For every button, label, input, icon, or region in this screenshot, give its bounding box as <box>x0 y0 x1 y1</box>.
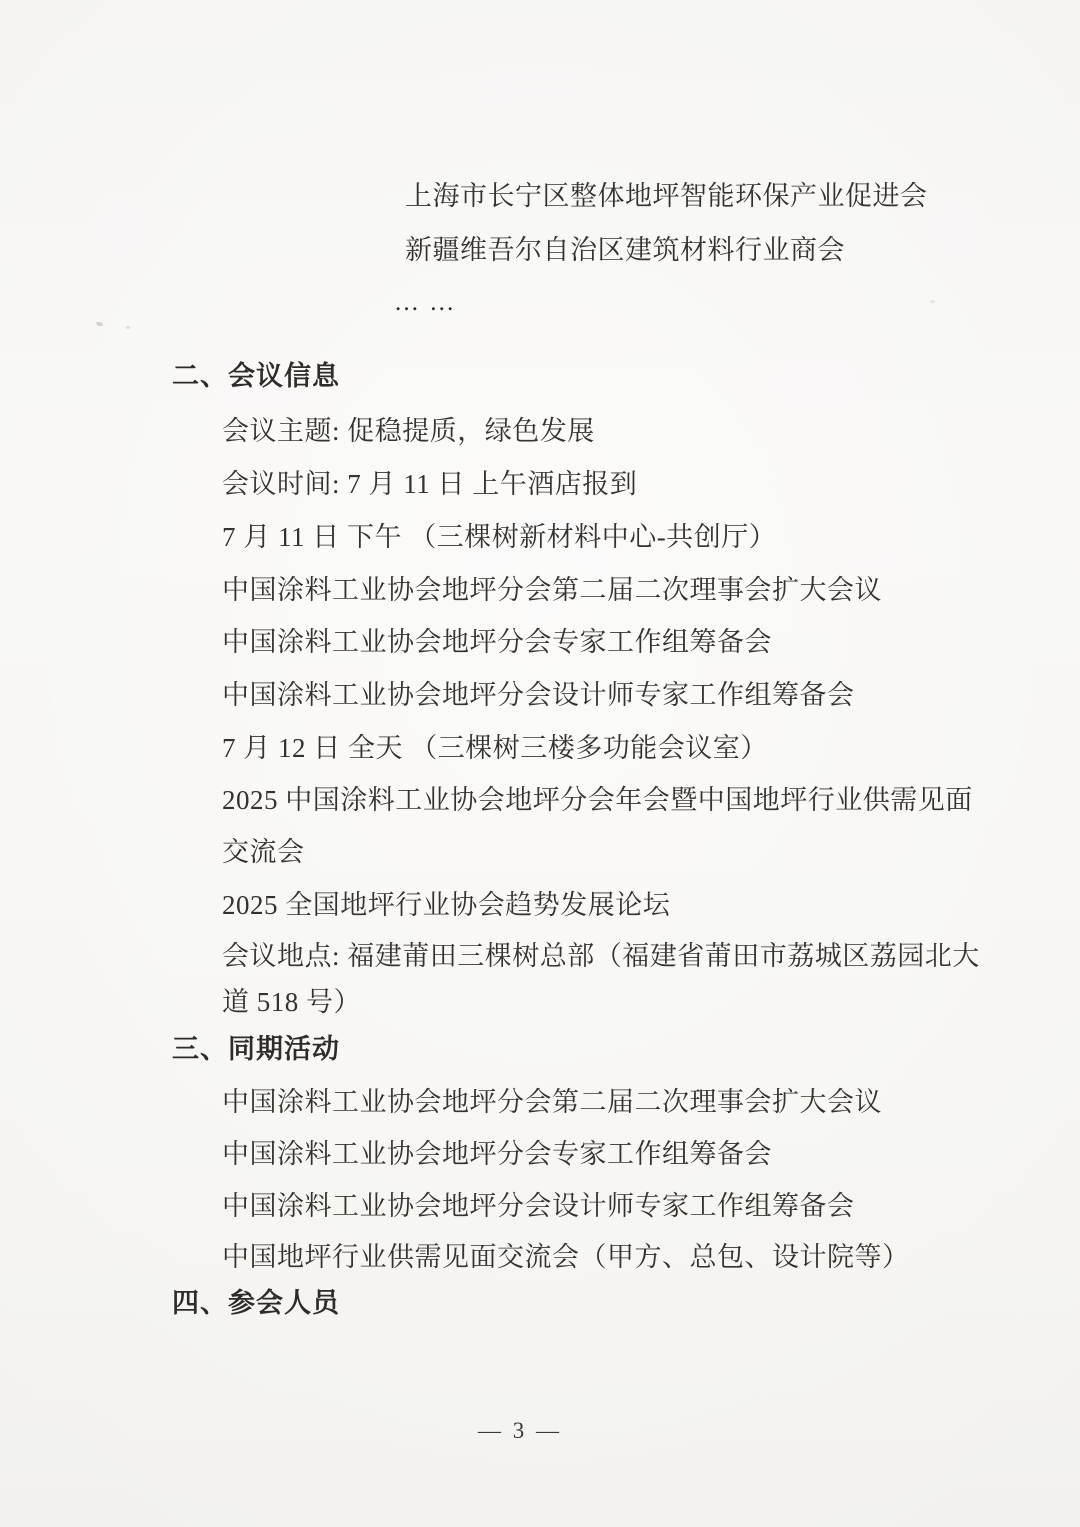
section-heading-participants: 四、参会人员 <box>172 1287 340 1319</box>
agenda-line: 2025 全国地坪行业协会趋势发展论坛 <box>222 889 670 921</box>
event-line: 中国涂料工业协会地坪分会专家工作组筹备会 <box>222 1138 772 1170</box>
scan-speck <box>96 321 104 327</box>
agenda-line: 7 月 11 日 下午 （三棵树新材料中心-共创厅） <box>222 521 776 553</box>
scan-speck <box>126 326 130 329</box>
event-line: 中国涂料工业协会地坪分会设计师专家工作组筹备会 <box>222 1190 855 1222</box>
scanned-document-page: 上海市长宁区整体地坪智能环保产业促进会 新疆维吾尔自治区建筑材料行业商会 … …… <box>0 0 1080 1527</box>
section-heading-meeting-info: 二、会议信息 <box>172 360 340 392</box>
meeting-location-line: 会议地点: 福建莆田三棵树总部（福建省莆田市荔城区荔园北大 <box>222 940 980 972</box>
org-list-item: 上海市长宁区整体地坪智能环保产业促进会 <box>405 180 928 212</box>
section-heading-concurrent-events: 三、同期活动 <box>172 1033 340 1065</box>
event-line: 中国涂料工业协会地坪分会第二届二次理事会扩大会议 <box>222 1086 882 1118</box>
agenda-line-wrap: 交流会 <box>222 836 305 868</box>
meeting-location-line-wrap: 道 518 号） <box>222 986 361 1018</box>
org-list-item: 新疆维吾尔自治区建筑材料行业商会 <box>405 234 845 266</box>
meeting-time-line: 会议时间: 7 月 11 日 上午酒店报到 <box>222 468 637 500</box>
scan-speck <box>930 300 935 303</box>
org-list-ellipsis: … … <box>394 288 456 318</box>
agenda-line: 中国涂料工业协会地坪分会设计师专家工作组筹备会 <box>222 679 855 711</box>
meeting-topic-line: 会议主题: 促稳提质，绿色发展 <box>222 415 595 447</box>
event-line: 中国地坪行业供需见面交流会（甲方、总包、设计院等） <box>222 1241 910 1273</box>
agenda-line: 2025 中国涂料工业协会地坪分会年会暨中国地坪行业供需见面 <box>222 784 973 816</box>
agenda-line: 中国涂料工业协会地坪分会第二届二次理事会扩大会议 <box>222 574 882 606</box>
page-number: — 3 — <box>440 1418 600 1444</box>
agenda-line: 中国涂料工业协会地坪分会专家工作组筹备会 <box>222 626 772 658</box>
agenda-line: 7 月 12 日 全天 （三棵树三楼多功能会议室） <box>222 732 768 764</box>
